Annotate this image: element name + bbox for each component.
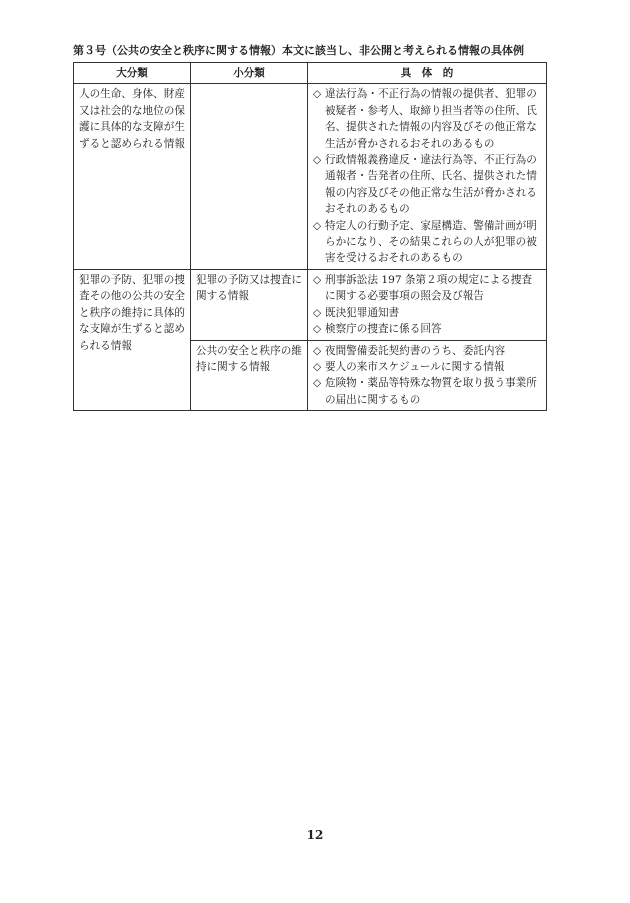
- table-header-row: 大分類 小分類 具 体 的: [74, 63, 547, 84]
- example-item: ◇違法行為・不正行為の情報の提供者、犯罪の被疑者・参考人、取締り担当者等の住所、…: [313, 86, 542, 152]
- example-item: ◇行政情報義務違反・違法行為等、不正行為の通報者・告発者の住所、氏名、提供された…: [313, 152, 542, 218]
- minor-category-cell: [191, 84, 308, 269]
- document-title: 第３号（公共の安全と秩序に関する情報）本文に該当し、非公開と考えられる情報の具体…: [73, 42, 553, 58]
- diamond-bullet-icon: ◇: [313, 272, 325, 288]
- example-item: ◇危険物・薬品等特殊な物質を取り扱う事業所の届出に関するもの: [313, 375, 542, 408]
- diamond-bullet-icon: ◇: [313, 152, 325, 168]
- example-item: ◇検察庁の捜査に係る回答: [313, 321, 542, 337]
- header-major-category: 大分類: [74, 63, 191, 84]
- examples-table: 大分類 小分類 具 体 的 人の生命、身体、財産又は社会的な地位の保護に具体的な…: [73, 62, 547, 411]
- example-item: ◇夜間警備委託契約書のうち、委託内容: [313, 343, 542, 359]
- examples-cell: ◇夜間警備委託契約書のうち、委託内容 ◇要人の来市スケジュールに関する情報 ◇危…: [308, 340, 547, 411]
- diamond-bullet-icon: ◇: [313, 343, 325, 359]
- examples-cell: ◇刑事訴訟法 197 条第２項の規定による捜査に関する必要事項の照会及び報告 ◇…: [308, 269, 547, 340]
- diamond-bullet-icon: ◇: [313, 359, 325, 375]
- header-specific-examples: 具 体 的: [308, 63, 547, 84]
- example-item: ◇要人の来市スケジュールに関する情報: [313, 359, 542, 375]
- diamond-bullet-icon: ◇: [313, 218, 325, 234]
- example-item: ◇特定人の行動予定、家屋構造、警備計画が明らかになり、その結果これらの人が犯罪の…: [313, 218, 542, 267]
- diamond-bullet-icon: ◇: [313, 86, 325, 102]
- page-number: 12: [0, 828, 630, 842]
- minor-category-cell: 公共の安全と秩序の維持に関する情報: [191, 340, 308, 411]
- minor-category-cell: 犯罪の予防又は捜査に関する情報: [191, 269, 308, 340]
- examples-cell: ◇違法行為・不正行為の情報の提供者、犯罪の被疑者・参考人、取締り担当者等の住所、…: [308, 84, 547, 269]
- major-category-cell: 人の生命、身体、財産又は社会的な地位の保護に具体的な支障が生ずると認められる情報: [74, 84, 191, 269]
- example-item: ◇刑事訴訟法 197 条第２項の規定による捜査に関する必要事項の照会及び報告: [313, 272, 542, 305]
- diamond-bullet-icon: ◇: [313, 305, 325, 321]
- table-row: 人の生命、身体、財産又は社会的な地位の保護に具体的な支障が生ずると認められる情報…: [74, 84, 547, 269]
- diamond-bullet-icon: ◇: [313, 375, 325, 391]
- header-minor-category: 小分類: [191, 63, 308, 84]
- example-item: ◇既決犯罪通知書: [313, 305, 542, 321]
- table-row: 犯罪の予防、犯罪の捜査その他の公共の安全と秩序の維持に具体的な支障が生ずると認め…: [74, 269, 547, 340]
- diamond-bullet-icon: ◇: [313, 321, 325, 337]
- major-category-cell: 犯罪の予防、犯罪の捜査その他の公共の安全と秩序の維持に具体的な支障が生ずると認め…: [74, 269, 191, 410]
